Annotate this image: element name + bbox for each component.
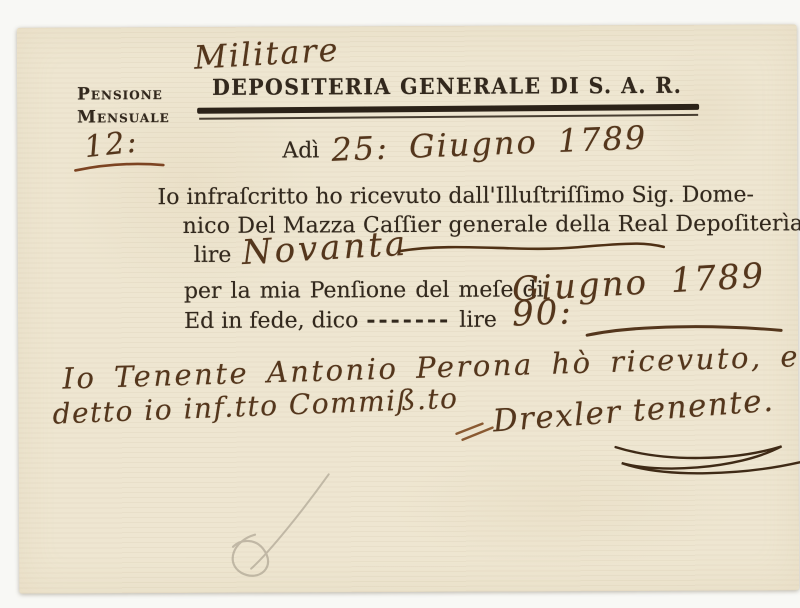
date-printed-label: Adì [282,138,319,163]
header-title: DEPOSITERIA GENERALE DI S. A. R. [212,73,682,101]
top-annotation: Militare [193,31,341,77]
ditto-mark [452,418,496,442]
header-rule-thick [197,104,699,114]
body-line-1: Io infraſcritto ho ricevuto dall'Illuſtr… [157,182,754,210]
fede-lire-label: lire [459,308,497,333]
pension-label: Pensione Mensuale [77,83,170,129]
amount-dash-stroke [398,239,666,258]
signature-flourish [586,428,800,479]
date-handwritten: 25: Giugno 1789 [331,118,648,168]
scanner-background: Militare Pensione Mensuale DEPOSITERIA G… [0,0,800,608]
fede-printed: Ed in fede, dico [184,308,358,334]
pension-line-printed: per la mia Penſione del meſe di [184,277,544,304]
pension-label-line1: Pensione [77,83,170,106]
fede-line: Ed in fede, dico-------lire [184,307,497,334]
lire-label: lire [194,243,232,268]
amount-in-figures: 90: [511,292,573,334]
pencil-mark [211,470,352,591]
receipt-paper: Militare Pensione Mensuale DEPOSITERIA G… [17,24,799,593]
amount-in-words: Novanta [241,224,410,273]
fede-dashes: ------- [366,307,451,333]
amount-figures-underline [585,320,785,341]
monthly-amount-underline [73,159,165,173]
